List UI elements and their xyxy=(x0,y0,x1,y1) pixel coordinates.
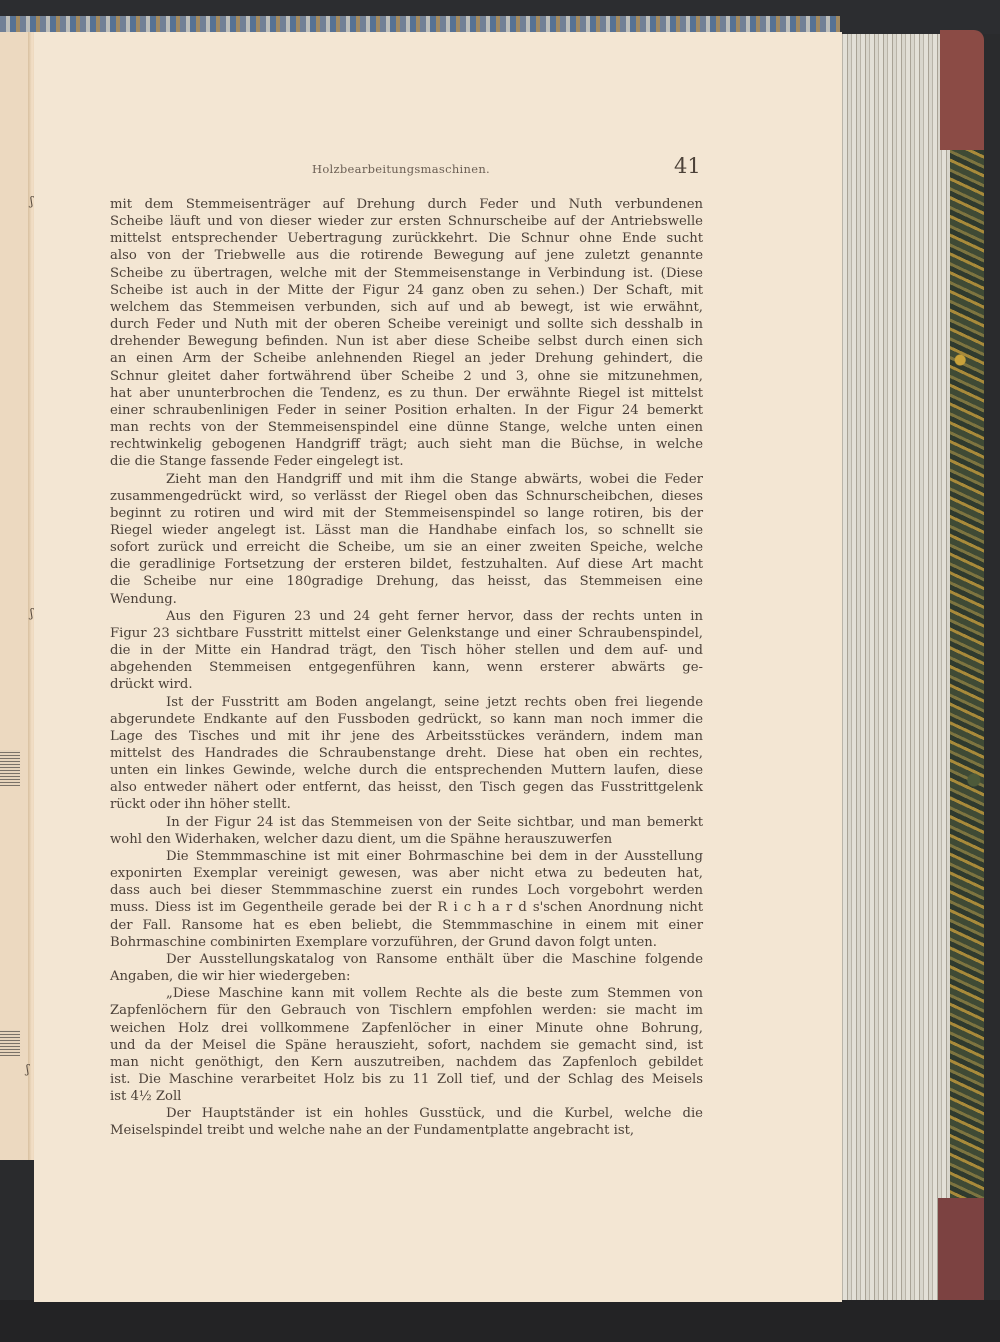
text-line: Scheibe ist auch in der Mitte der Figur … xyxy=(110,282,703,299)
body-text: mit dem Stemmeisenträger auf Drehung dur… xyxy=(110,196,703,1140)
paragraph: Aus den Figuren 23 und 24 geht ferner he… xyxy=(110,608,703,694)
running-head: Holzbearbeitungsmaschinen. xyxy=(312,162,490,176)
text-line: Scheibe läuft und von dieser wieder zur … xyxy=(110,213,703,230)
text-line: beginnt zu rotiren und wird mit der Stem… xyxy=(110,505,703,522)
text-line: Riegel wieder angelegt ist. Lässt man di… xyxy=(110,522,703,539)
text-line: mittelst des Handrades die Schraubenstan… xyxy=(110,745,703,762)
text-line: Ist der Fusstritt am Boden angelangt, se… xyxy=(110,694,703,711)
text-line: man nicht genöthigt, den Kern auszutreib… xyxy=(110,1054,703,1071)
margin-mark: ʃ xyxy=(30,194,33,208)
text-line: abgehenden Stemmeisen entgegenführen kan… xyxy=(110,659,703,676)
text-line: durch Feder und Nuth mit der oberen Sche… xyxy=(110,316,703,333)
text-line: In der Figur 24 ist das Stemmeisen von d… xyxy=(110,814,703,831)
cover-leather-corner-top xyxy=(940,30,984,150)
text-line: Meiselspindel treibt und welche nahe an … xyxy=(110,1122,703,1139)
text-line: muss. Diess ist im Gegentheile gerade be… xyxy=(110,899,703,916)
text-line: abgerundete Endkante auf den Fussboden g… xyxy=(110,711,703,728)
paragraph: Zieht man den Handgriff und mit ihm die … xyxy=(110,471,703,608)
text-line: wohl den Widerhaken, welcher dazu dient,… xyxy=(110,831,703,848)
paragraph: Der Hauptständer ist ein hohles Gusstück… xyxy=(110,1105,703,1139)
text-line: ist 4½ Zoll xyxy=(110,1088,703,1105)
cover-leather-corner-bottom xyxy=(938,1198,984,1308)
left-page-illustration-fragment xyxy=(0,1030,20,1056)
page-number: 41 xyxy=(674,154,701,178)
text-line: unten ein linkes Gewinde, welche durch d… xyxy=(110,762,703,779)
left-page-illustration-fragment xyxy=(0,750,20,786)
text-line: Zieht man den Handgriff und mit ihm die … xyxy=(110,471,703,488)
text-line: die Scheibe nur eine 180gradige Drehung,… xyxy=(110,573,703,590)
text-line: der Fall. Ransome hat es eben beliebt, d… xyxy=(110,917,703,934)
text-line: drehender Bewegung befinden. Nun ist abe… xyxy=(110,333,703,350)
text-line: rechtwinkelig gebogenen Handgriff trägt;… xyxy=(110,436,703,453)
text-line: Figur 23 sichtbare Fusstritt mittelst ei… xyxy=(110,625,703,642)
text-line: man rechts von der Stemmeisenspindel ein… xyxy=(110,419,703,436)
text-line: Der Hauptständer ist ein hohles Gusstück… xyxy=(110,1105,703,1122)
text-line: exponirten Exemplar vereinigt gewesen, w… xyxy=(110,865,703,882)
text-line: die die Stange fassende Feder eingelegt … xyxy=(110,453,703,470)
margin-mark: ʃ xyxy=(30,606,33,620)
paragraph: Ist der Fusstritt am Boden angelangt, se… xyxy=(110,694,703,814)
text-line: welchem das Stemmeisen verbunden, sich a… xyxy=(110,299,703,316)
text-line: Wendung. xyxy=(110,591,703,608)
background-bottom xyxy=(0,1300,1000,1342)
text-line: Die Stemmmaschine ist mit einer Bohrmasc… xyxy=(110,848,703,865)
text-line: sofort zurück und erreicht die Scheibe, … xyxy=(110,539,703,556)
text-line: an einen Arm der Scheibe anlehnenden Rie… xyxy=(110,350,703,367)
text-line: rückt oder ihn höher stellt. xyxy=(110,796,703,813)
text-line: also entweder nähert oder entfernt, das … xyxy=(110,779,703,796)
text-line: hat aber ununterbrochen die Tendenz, es … xyxy=(110,385,703,402)
text-line: „Diese Maschine kann mit vollem Rechte a… xyxy=(110,985,703,1002)
text-line: mittelst entsprechender Uebertragung zur… xyxy=(110,230,703,247)
text-line: Der Ausstellungskatalog von Ransome enth… xyxy=(110,951,703,968)
paragraph: „Diese Maschine kann mit vollem Rechte a… xyxy=(110,985,703,1105)
text-line: die in der Mitte ein Handrad trägt, den … xyxy=(110,642,703,659)
text-line: Bohrmaschine combinirten Exemplare vorzu… xyxy=(110,934,703,951)
text-line: Schnur gleitet daher fortwährend über Sc… xyxy=(110,368,703,385)
text-line: Angaben, die wir hier wiedergeben: xyxy=(110,968,703,985)
text-line: die geradlinige Fortsetzung der ersteren… xyxy=(110,556,703,573)
text-line: drückt wird. xyxy=(110,676,703,693)
text-line: einer schraubenlinigen Feder in seiner P… xyxy=(110,402,703,419)
text-line: Scheibe zu übertragen, welche mit der St… xyxy=(110,265,703,282)
text-line: dass auch bei dieser Stemmmaschine zuers… xyxy=(110,882,703,899)
paragraph: mit dem Stemmeisenträger auf Drehung dur… xyxy=(110,196,703,471)
paragraph: Die Stemmmaschine ist mit einer Bohrmasc… xyxy=(110,848,703,951)
text-line: also von der Triebwelle aus die rotirend… xyxy=(110,247,703,264)
text-line: zusammengedrückt wird, so verlässt der R… xyxy=(110,488,703,505)
paragraph: Der Ausstellungskatalog von Ransome enth… xyxy=(110,951,703,985)
margin-mark: ʃ xyxy=(26,1062,29,1076)
cover-marbled-board xyxy=(950,150,984,1200)
text-line: ist. Die Maschine verarbeitet Holz bis z… xyxy=(110,1071,703,1088)
text-line: Zapfenlöchern für den Gebrauch von Tisch… xyxy=(110,1002,703,1019)
text-line: weichen Holz drei vollkommene Zapfenlöch… xyxy=(110,1020,703,1037)
text-line: mit dem Stemmeisenträger auf Drehung dur… xyxy=(110,196,703,213)
text-line: und da der Meisel die Späne herauszieht,… xyxy=(110,1037,703,1054)
text-line: Aus den Figuren 23 und 24 geht ferner he… xyxy=(110,608,703,625)
text-line: Lage des Tisches und mit ihr jene des Ar… xyxy=(110,728,703,745)
paragraph: In der Figur 24 ist das Stemmeisen von d… xyxy=(110,814,703,848)
page-block-fore-edge xyxy=(830,34,954,1309)
